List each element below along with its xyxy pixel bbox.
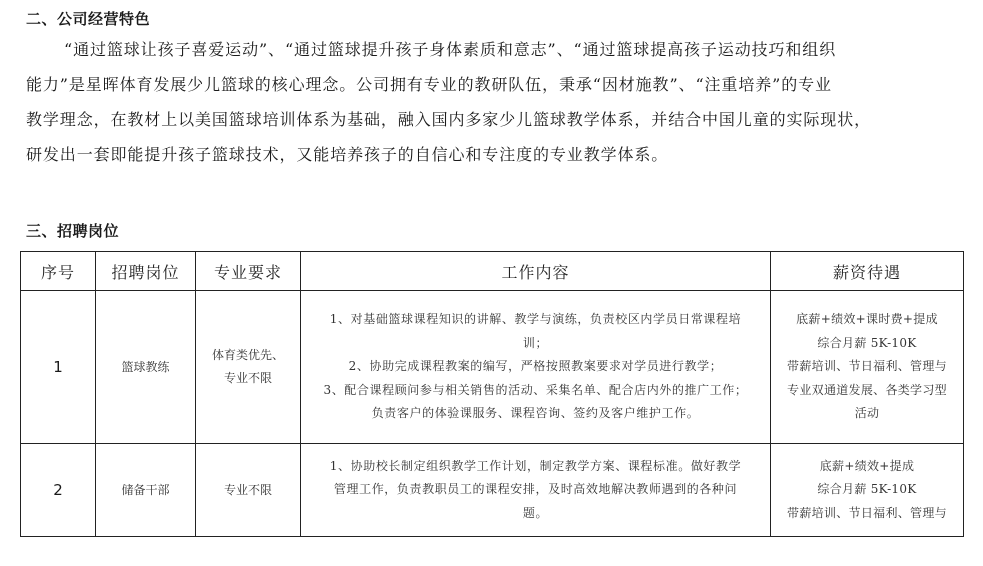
- requirement-line: 体育类优先、: [196, 344, 300, 367]
- table-row: 2 储备干部 专业不限 1、协助校长制定组织教学工作计划，制定教学方案、课程标准…: [21, 444, 964, 537]
- cell-seq: 2: [21, 444, 96, 537]
- content-line: 2、协助完成课程教案的编写，严格按照教案要求对学员进行教学；: [301, 355, 770, 379]
- cell-seq: 1: [21, 291, 96, 444]
- salary-line: 综合月薪 5K-10K: [771, 478, 963, 502]
- salary-line: 专业双通道发展、各类学习型: [771, 379, 963, 403]
- section-heading-company-features: 二、公司经营特色: [26, 8, 150, 29]
- content-line: 3、配合课程顾问参与相关销售的活动、采集名单、配合店内外的推广工作；: [301, 379, 770, 403]
- cell-job-content: 1、协助校长制定组织教学工作计划，制定教学方案、课程标准。做好教学 管理工作，负…: [301, 444, 771, 537]
- salary-line: 底薪+绩效+课时费+提成: [771, 308, 963, 332]
- content-line: 管理工作，负责教职员工的课程安排，及时高效地解决教师遇到的各种问: [301, 478, 770, 502]
- requirement-line: 专业不限: [196, 479, 300, 502]
- salary-line: 活动: [771, 402, 963, 426]
- paragraph-line: “通过篮球让孩子喜爱运动”、“通过篮球提升孩子身体素质和意志”、“通过篮球提高孩…: [26, 32, 956, 67]
- table-row: 1 篮球教练 体育类优先、 专业不限 1、对基础篮球课程知识的讲解、教学与演练，…: [21, 291, 964, 444]
- job-openings-table: 序号 招聘岗位 专业要求 工作内容 薪资待遇 1 篮球教练 体育类优先、 专业不…: [20, 251, 964, 537]
- content-line: 1、对基础篮球课程知识的讲解、教学与演练，负责校区内学员日常课程培: [301, 308, 770, 332]
- content-line: 负责客户的体验课服务、课程咨询、签约及客户维护工作。: [301, 402, 770, 426]
- header-position: 招聘岗位: [96, 252, 196, 291]
- salary-line: 底薪+绩效+提成: [771, 455, 963, 479]
- cell-position: 储备干部: [96, 444, 196, 537]
- content-line: 1、协助校长制定组织教学工作计划，制定教学方案、课程标准。做好教学: [301, 455, 770, 479]
- company-features-paragraph: “通过篮球让孩子喜爱运动”、“通过篮球提升孩子身体素质和意志”、“通过篮球提高孩…: [26, 32, 956, 172]
- cell-salary: 底薪+绩效+课时费+提成 综合月薪 5K-10K 带薪培训、节日福利、管理与 专…: [771, 291, 964, 444]
- salary-line: 带薪培训、节日福利、管理与: [771, 502, 963, 526]
- salary-line: 综合月薪 5K-10K: [771, 332, 963, 356]
- header-seq: 序号: [21, 252, 96, 291]
- paragraph-line: 研发出一套即能提升孩子篮球技术，又能培养孩子的自信心和专注度的专业教学体系。: [26, 137, 956, 172]
- table-header-row: 序号 招聘岗位 专业要求 工作内容 薪资待遇: [21, 252, 964, 291]
- salary-line: 带薪培训、节日福利、管理与: [771, 355, 963, 379]
- cell-position: 篮球教练: [96, 291, 196, 444]
- header-requirement: 专业要求: [196, 252, 301, 291]
- header-job-content: 工作内容: [301, 252, 771, 291]
- header-salary: 薪资待遇: [771, 252, 964, 291]
- paragraph-line: 能力”是星晖体育发展少儿篮球的核心理念。公司拥有专业的教研队伍，秉承“因材施教”…: [26, 67, 956, 102]
- cell-requirement: 体育类优先、 专业不限: [196, 291, 301, 444]
- cell-requirement: 专业不限: [196, 444, 301, 537]
- cell-job-content: 1、对基础篮球课程知识的讲解、教学与演练，负责校区内学员日常课程培 训； 2、协…: [301, 291, 771, 444]
- requirement-line: 专业不限: [196, 367, 300, 390]
- paragraph-line: 教学理念，在教材上以美国篮球培训体系为基础，融入国内多家少儿篮球教学体系，并结合…: [26, 102, 956, 137]
- content-line: 题。: [301, 502, 770, 526]
- cell-salary: 底薪+绩效+提成 综合月薪 5K-10K 带薪培训、节日福利、管理与: [771, 444, 964, 537]
- section-heading-job-openings: 三、招聘岗位: [26, 220, 119, 241]
- content-line: 训；: [301, 332, 770, 356]
